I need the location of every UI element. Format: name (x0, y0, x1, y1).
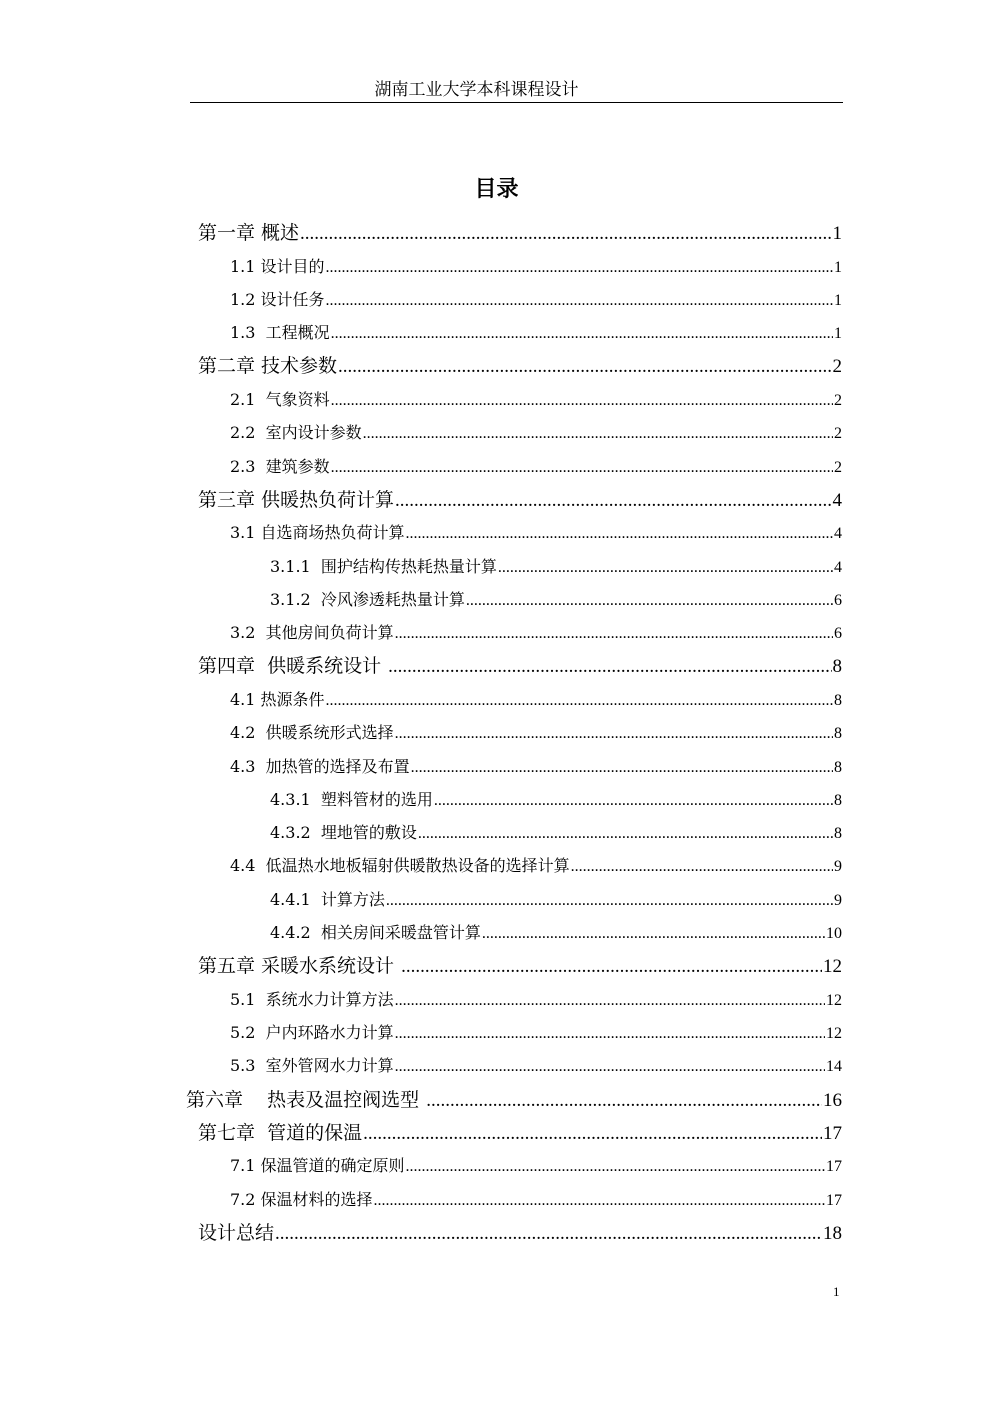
toc-entry[interactable]: 5.2 户内环路水力计算12 (230, 1020, 842, 1046)
toc-entry[interactable]: 第三章 供暖热负荷计算4 (198, 487, 842, 513)
toc-entry[interactable]: 2.1 气象资料2 (230, 387, 842, 413)
toc-entry-page: 1 (834, 321, 842, 347)
dot-leader (401, 954, 822, 980)
toc-entry[interactable]: 4.4.1 计算方法9 (270, 887, 842, 913)
toc-entry-label: 4.4.2 相关房间采暖盘管计算 (270, 920, 481, 946)
toc-entry-page: 17 (823, 1121, 842, 1147)
toc-entry-page: 8 (834, 821, 842, 847)
toc-entry[interactable]: 7.2 保温材料的选择17 (230, 1187, 842, 1213)
toc-entry[interactable]: 3.2 其他房间负荷计算6 (230, 620, 842, 646)
toc-entry-page: 6 (834, 621, 842, 647)
dot-leader (374, 1188, 825, 1214)
toc-entry[interactable]: 4.3 加热管的选择及布置8 (230, 754, 842, 780)
toc-entry-label: 4.4 低温热水地板辐射供暖散热设备的选择计算 (230, 853, 570, 879)
toc-entry-page: 1 (834, 255, 842, 281)
toc-entry-label: 7.1 保温管道的确定原则 (230, 1153, 405, 1179)
toc-entry[interactable]: 4.1 热源条件8 (230, 687, 842, 713)
toc-entry-page: 12 (823, 954, 842, 980)
toc-entry[interactable]: 4.3.1 塑料管材的选用8 (270, 787, 842, 813)
dot-leader (363, 421, 833, 447)
toc-entry[interactable]: 第五章 采暖水系统设计 12 (198, 953, 842, 979)
dot-leader (331, 388, 833, 414)
toc-entry-page: 4 (834, 521, 842, 547)
header-text: 湖南工业大学本科课程设计 (375, 80, 579, 100)
toc-entry-label: 第四章 供暖系统设计 (198, 653, 387, 679)
dot-leader (466, 588, 833, 614)
toc-entry[interactable]: 第二章 技术参数2 (198, 353, 842, 379)
toc-entry-page: 14 (826, 1054, 842, 1080)
toc-entry-page: 8 (834, 721, 842, 747)
toc-entry-page: 2 (834, 455, 842, 481)
dot-leader (571, 854, 833, 880)
toc-entry-label: 5.3 室外管网水力计算 (230, 1053, 394, 1079)
toc-entry-label: 5.2 户内环路水力计算 (230, 1020, 394, 1046)
toc-entry-label: 7.2 保温材料的选择 (230, 1187, 373, 1213)
toc-entry[interactable]: 3.1 自选商场热负荷计算4 (230, 520, 842, 546)
dot-leader (331, 321, 833, 347)
running-header: 湖南工业大学本科课程设计 (190, 78, 843, 103)
toc-entry-page: 8 (834, 688, 842, 714)
toc-entry-page: 8 (834, 755, 842, 781)
toc-entry-page: 1 (833, 221, 843, 247)
dot-leader (386, 888, 833, 914)
toc-entry[interactable]: 4.4.2 相关房间采暖盘管计算10 (270, 920, 842, 946)
dot-leader (395, 1021, 825, 1047)
toc-entry[interactable]: 3.1.2 冷风渗透耗热量计算6 (270, 587, 842, 613)
toc-entry-label: 4.3.1 塑料管材的选用 (270, 787, 433, 813)
toc-entry-label: 3.1.2 冷风渗透耗热量计算 (270, 587, 465, 613)
toc-entry[interactable]: 1.2 设计任务1 (230, 287, 842, 313)
toc-entry[interactable]: 5.3 室外管网水力计算14 (230, 1053, 842, 1079)
dot-leader (434, 788, 833, 814)
toc-entry[interactable]: 第四章 供暖系统设计 8 (198, 653, 842, 679)
toc-entry-page: 9 (834, 854, 842, 880)
toc-entry-label: 4.4.1 计算方法 (270, 887, 385, 913)
toc-entry-page: 8 (834, 788, 842, 814)
dot-leader (338, 354, 831, 380)
page-number: 1 (833, 1284, 840, 1300)
dot-leader (426, 1088, 822, 1114)
dot-leader (326, 688, 833, 714)
dot-leader (326, 255, 833, 281)
dot-leader (388, 654, 831, 680)
toc-entry-label: 4.3 加热管的选择及布置 (230, 754, 410, 780)
dot-leader (395, 621, 833, 647)
toc-entry-page: 6 (834, 588, 842, 614)
toc-entry-page: 2 (833, 354, 843, 380)
toc-entry-page: 2 (834, 388, 842, 414)
toc-entry[interactable]: 1.1 设计目的1 (230, 254, 842, 280)
toc-entry-label: 第二章 技术参数 (198, 353, 337, 379)
toc-entry[interactable]: 设计总结18 (198, 1220, 842, 1246)
toc-entry-label: 2.2 室内设计参数 (230, 420, 362, 446)
toc-entry-page: 8 (833, 654, 843, 680)
toc-entry-label: 1.2 设计任务 (230, 287, 325, 313)
dot-leader (411, 755, 833, 781)
toc-entry-page: 2 (834, 421, 842, 447)
toc-entry-label: 4.2 供暖系统形式选择 (230, 720, 394, 746)
toc-entry-page: 1 (834, 288, 842, 314)
toc-entry-page: 18 (823, 1221, 842, 1247)
toc-entry-label: 设计总结 (198, 1220, 274, 1246)
dot-leader (300, 221, 831, 247)
toc-entry-page: 16 (823, 1088, 842, 1114)
toc-entry-label: 第五章 采暖水系统设计 (198, 953, 400, 979)
toc-entry[interactable]: 第七章 管道的保温17 (198, 1120, 842, 1146)
toc-entry-label: 1.1 设计目的 (230, 254, 325, 280)
toc-entry-label: 2.1 气象资料 (230, 387, 330, 413)
toc-entry[interactable]: 2.2 室内设计参数2 (230, 420, 842, 446)
toc-entry[interactable]: 第一章 概述1 (198, 220, 842, 246)
toc-entry-label: 2.3 建筑参数 (230, 454, 330, 480)
toc-entry[interactable]: 4.3.2 埋地管的敷设8 (270, 820, 842, 846)
toc-entry-label: 第三章 供暖热负荷计算 (198, 487, 394, 513)
toc-entry[interactable]: 1.3 工程概况1 (230, 320, 842, 346)
toc-entry[interactable]: 2.3 建筑参数2 (230, 454, 842, 480)
toc-entry-page: 12 (826, 988, 842, 1014)
toc-entry-page: 12 (826, 1021, 842, 1047)
toc-entry-label: 4.1 热源条件 (230, 687, 325, 713)
dot-leader (395, 1054, 825, 1080)
dot-leader (395, 721, 833, 747)
toc-entry-label: 3.1 自选商场热负荷计算 (230, 520, 405, 546)
dot-leader (363, 1121, 822, 1147)
toc-entry-label: 第七章 管道的保温 (198, 1120, 362, 1146)
toc-entry-label: 1.3 工程概况 (230, 320, 330, 346)
toc-entry[interactable]: 3.1.1 围护结构传热耗热量计算4 (270, 554, 842, 580)
toc-entry-page: 17 (826, 1154, 842, 1180)
dot-leader (395, 488, 831, 514)
toc-entry-page: 4 (833, 488, 843, 514)
toc-entry[interactable]: 5.1 系统水力计算方法12 (230, 987, 842, 1013)
dot-leader (498, 555, 833, 581)
toc-entry-page: 17 (826, 1188, 842, 1214)
toc-entry-label: 第一章 概述 (198, 220, 299, 246)
toc-entry-label: 4.3.2 埋地管的敷设 (270, 820, 417, 846)
toc-entry-label: 5.1 系统水力计算方法 (230, 987, 394, 1013)
dot-leader (275, 1221, 822, 1247)
toc-entry[interactable]: 4.4 低温热水地板辐射供暖散热设备的选择计算9 (230, 853, 842, 879)
toc-entry-label: 第六章 热表及温控阀选型 (186, 1087, 425, 1113)
dot-leader (418, 821, 833, 847)
dot-leader (406, 1154, 825, 1180)
toc-entry-page: 4 (834, 555, 842, 581)
dot-leader (482, 921, 825, 947)
dot-leader (331, 455, 833, 481)
toc-entry-label: 3.2 其他房间负荷计算 (230, 620, 394, 646)
toc-entry[interactable]: 7.1 保温管道的确定原则17 (230, 1153, 842, 1179)
toc-entry[interactable]: 第六章 热表及温控阀选型 16 (186, 1087, 842, 1113)
toc-title: 目录 (0, 172, 993, 203)
toc-entry-page: 10 (826, 921, 842, 947)
dot-leader (406, 521, 833, 547)
dot-leader (326, 288, 833, 314)
toc-entry-page: 9 (834, 888, 842, 914)
toc-entry[interactable]: 4.2 供暖系统形式选择8 (230, 720, 842, 746)
dot-leader (395, 988, 825, 1014)
toc-entry-label: 3.1.1 围护结构传热耗热量计算 (270, 554, 497, 580)
